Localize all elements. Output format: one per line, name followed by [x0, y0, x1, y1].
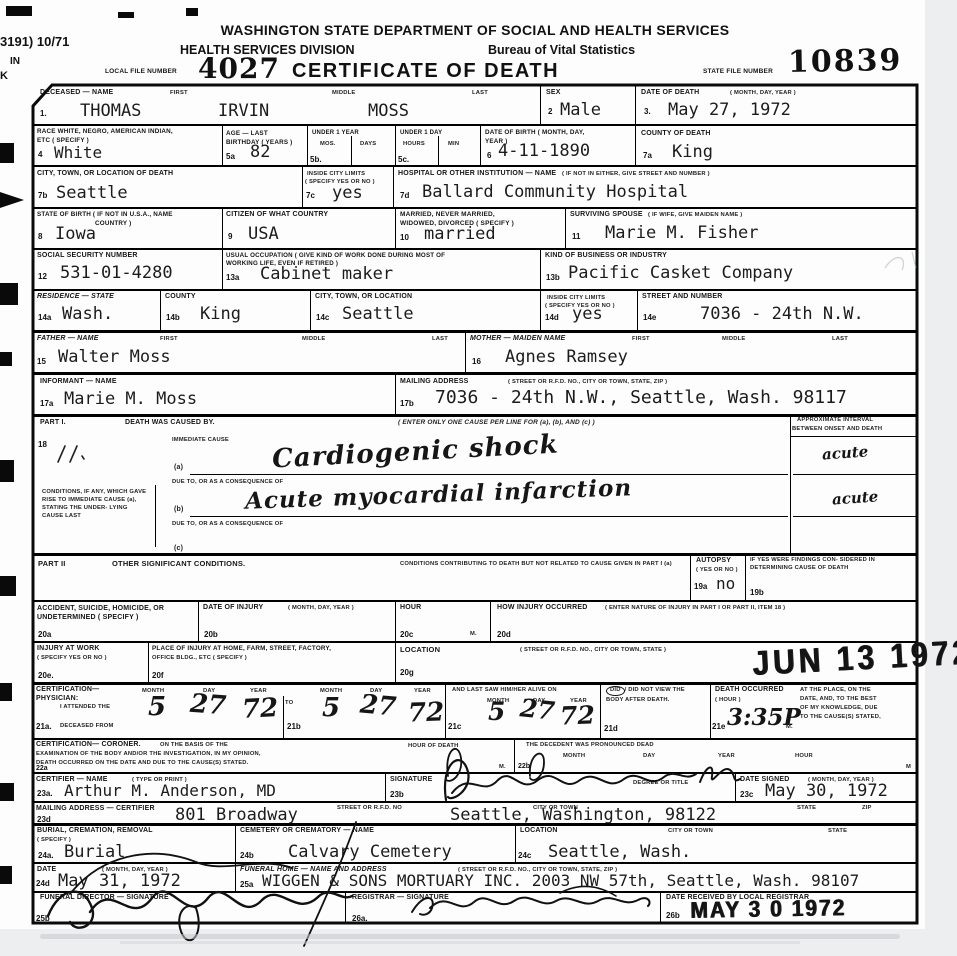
hour-of-death-mark	[446, 749, 461, 781]
age-label: AGE — LAST	[226, 130, 268, 138]
form-number-note: 3191) 10/71	[0, 34, 69, 49]
informant-value: Marie M. Moss	[64, 391, 197, 407]
rule	[790, 414, 791, 553]
state-of-birth-label: STATE OF BIRTH ( IF NOT IN U.S.A., NAME	[37, 211, 173, 219]
part1-enter-note: ( ENTER ONLY ONE CAUSE PER LINE FOR (a),…	[398, 419, 595, 426]
mother-value: Agnes Ramsey	[505, 349, 628, 365]
cause-line-a	[190, 474, 788, 475]
did-not-view-label: / DID NOT VIEW THE	[625, 687, 685, 693]
days-sublabel: DAYS	[360, 141, 376, 148]
pronounced-dead-mark	[530, 754, 544, 780]
last-saw-label: AND LAST SAW HIM/HER ALIVE ON	[452, 687, 557, 694]
accident-label: ACCIDENT, SUICIDE, HOMICIDE, OR UNDETERM…	[37, 604, 192, 622]
state-of-birth-label2: COUNTRY )	[95, 220, 131, 228]
m-label: M.	[786, 724, 793, 731]
registration-tab	[0, 283, 18, 305]
rule	[395, 641, 396, 682]
field-8-number: 8	[38, 232, 42, 241]
father-value: Walter Moss	[58, 349, 171, 365]
date-stamp-may-30-1972: MAY 3 0 1972	[690, 895, 846, 924]
rule	[33, 165, 917, 167]
rule	[395, 207, 396, 248]
line-c-tag: (c)	[174, 545, 183, 552]
due-to-label-2: DUE TO, OR AS A CONSEQUENCE OF	[172, 521, 283, 528]
rule	[395, 372, 396, 414]
certifier-street-value: 801 Broadway	[175, 807, 298, 823]
hospital-paren: ( IF NOT IN EITHER, GIVE STREET AND NUMB…	[562, 171, 710, 178]
burial-label: BURIAL, CREMATION, REMOVAL	[37, 827, 153, 835]
field-7d-number: 7d	[400, 191, 409, 200]
registration-tab	[0, 143, 14, 163]
last-saw-year: 72	[560, 700, 596, 730]
interval-label: APPROXIMATE INTERVAL	[797, 417, 873, 424]
registration-tab	[0, 352, 12, 366]
degree-title-handwriting	[700, 767, 740, 782]
m-label: M.	[499, 764, 506, 771]
scan-artifact	[6, 6, 32, 16]
field-22a-number: 22a	[36, 765, 48, 772]
to-label: TO	[285, 700, 293, 707]
field-13b-number: 13b	[546, 273, 560, 282]
occupation-label: USUAL OCCUPATION ( GIVE KIND OF WORK DON…	[226, 252, 445, 260]
line-a-tag: (a)	[174, 464, 183, 471]
cemetery-label: CEMETERY OR CREMATORY — NAME	[240, 827, 374, 835]
attended-to-day: 27	[359, 689, 398, 722]
field-26a-number: 26a.	[352, 914, 368, 923]
date-of-death-paren: ( MONTH, DAY, YEAR )	[730, 90, 796, 97]
attended-to-year: 72	[407, 697, 444, 728]
rule	[33, 862, 917, 864]
cause-line-b	[190, 516, 788, 517]
rule	[635, 85, 636, 124]
occupation-value: Cabinet maker	[260, 266, 393, 282]
field-14a-number: 14a	[38, 313, 51, 322]
date-signed-value: May 30, 1972	[765, 783, 888, 799]
field-17b-number: 17b	[400, 399, 414, 408]
scan-artifact	[118, 12, 134, 18]
middle-sublabel: MIDDLE	[332, 90, 355, 97]
rule	[540, 289, 541, 330]
months-sublabel: MOS.	[320, 141, 336, 148]
rule	[745, 553, 746, 600]
field-21d-number: 21d	[604, 724, 618, 733]
date-of-death-label: DATE OF DEATH	[641, 89, 699, 97]
part2-title: OTHER SIGNIFICANT CONDITIONS.	[112, 560, 245, 568]
rule	[790, 436, 917, 437]
state-file-number: 10839	[788, 43, 903, 80]
rule	[235, 862, 236, 891]
department-title: WASHINGTON STATE DEPARTMENT OF SOCIAL AN…	[175, 22, 775, 38]
findings-label: IF YES WERE FINDINGS CON- SIDERED IN DET…	[750, 557, 915, 572]
zip-sublabel: ZIP	[862, 805, 872, 812]
field-17a-number: 17a	[40, 399, 53, 408]
field-24b-number: 24b	[240, 851, 254, 860]
field-14e-number: 14e	[643, 313, 656, 322]
field-5b-number: 5b.	[310, 155, 322, 164]
field-24a-number: 24a.	[38, 851, 54, 860]
rule	[33, 330, 917, 333]
m-label: M	[906, 764, 911, 771]
rule	[222, 248, 223, 289]
hospital-label: HOSPITAL OR OTHER INSTITUTION — NAME	[398, 170, 556, 178]
residence-county-value: King	[200, 306, 241, 322]
cemetery-value: Calvary Cemetery	[288, 844, 452, 860]
rule	[635, 124, 636, 165]
field-23d-number: 23d	[37, 815, 51, 824]
field-19a-number: 19a	[694, 582, 707, 591]
rule	[393, 165, 394, 207]
sex-value: Male	[560, 102, 601, 118]
date-of-birth-label: DATE OF BIRTH ( MONTH, DAY,	[485, 129, 585, 137]
industry-value: Pacific Casket Company	[568, 265, 793, 281]
rule	[515, 823, 516, 862]
part2-note: CONDITIONS CONTRIBUTING TO DEATH BUT NOT…	[400, 561, 672, 568]
marital-label: MARRIED, NEVER MARRIED,	[400, 211, 495, 219]
attended-from-month: 5	[148, 692, 166, 722]
hours-sublabel: HOURS	[403, 141, 425, 148]
body-after-death-label: BODY AFTER DEATH.	[606, 697, 670, 704]
location-paren: ( STREET OR R.F.D. NO., CITY OR TOWN, ST…	[520, 647, 666, 654]
interval-b-handwriting: acute	[831, 487, 878, 508]
burial-date-label: DATE	[37, 866, 56, 874]
field-24d-number: 24d	[36, 879, 50, 888]
rule	[33, 289, 917, 291]
under-1-year-label: UNDER 1 YEAR	[312, 129, 359, 137]
rule	[160, 289, 161, 330]
deceased-first-name: THOMAS	[80, 103, 141, 119]
physician-note-3: OF MY KNOWLEDGE, DUE	[800, 705, 878, 712]
burial-location-value: Seattle, Wash.	[548, 844, 691, 860]
field-5c-number: 5c.	[398, 155, 409, 164]
street-value: 7036 - 24th N.W.	[700, 306, 864, 322]
registration-tab	[0, 683, 12, 701]
field-25a-number: 25a	[240, 880, 253, 889]
coroner-note-2: EXAMINATION OF THE BODY AND/OR THE INVES…	[36, 751, 261, 758]
field-20b-number: 20b	[204, 630, 218, 639]
rule	[33, 801, 917, 803]
certificate-title: CERTIFICATE OF DEATH	[292, 60, 559, 83]
city-sublabel: CITY OR TOWN	[668, 828, 713, 835]
field-12-number: 12	[38, 272, 47, 281]
field-18-number: 18	[38, 440, 47, 449]
hour-label: HOUR	[400, 604, 421, 612]
state-sublabel: STATE	[828, 828, 847, 835]
inside-city-limits-value: yes	[332, 185, 363, 201]
rule	[710, 682, 711, 738]
field-20d-number: 20d	[497, 630, 511, 639]
attended-from-year: 72	[241, 693, 279, 725]
field-21c-number: 21c	[448, 722, 461, 731]
rule	[302, 165, 303, 207]
interval-line-b	[793, 516, 917, 517]
field-21a-number: 21a.	[36, 722, 52, 731]
autopsy-label: AUTOPSY	[696, 557, 731, 565]
physician-note-2: DATE, AND, TO THE BEST	[800, 696, 877, 703]
registration-tab	[0, 783, 14, 801]
residence-city-value: Seattle	[342, 306, 414, 322]
field-3-number: 3.	[644, 107, 651, 116]
physician-signature	[445, 760, 469, 800]
scan-smudge	[885, 252, 916, 270]
death-occurred-hour-paren: ( HOUR )	[715, 697, 741, 704]
pronounced-dead-label: THE DECEDENT WAS PRONOUNCED DEAD	[526, 742, 654, 749]
rule	[33, 414, 917, 417]
field-7b-number: 7b	[38, 191, 47, 200]
first-sublabel: FIRST	[632, 336, 650, 343]
citizen-label: CITIZEN OF WHAT COUNTRY	[226, 211, 328, 219]
interval-label2: BETWEEN ONSET AND DEATH	[792, 426, 882, 433]
middle-sublabel: MIDDLE	[302, 336, 325, 343]
rule	[690, 553, 691, 600]
rule	[33, 600, 917, 602]
field-20f-number: 20f	[152, 671, 164, 680]
residence-county-label: COUNTY	[165, 293, 196, 301]
scan-streak	[40, 934, 900, 939]
race-value: White	[54, 145, 102, 161]
cause-b-handwriting: Acute myocardial infarction	[245, 474, 633, 514]
certifier-name-value: Arthur M. Anderson, MD	[64, 783, 276, 799]
rule	[155, 485, 156, 547]
autopsy-value: no	[716, 576, 735, 592]
field-7a-number: 7a	[643, 151, 652, 160]
field-20a-number: 20a	[38, 630, 51, 639]
field-4-number: 4	[38, 150, 42, 159]
field-20g-number: 20g	[400, 668, 414, 677]
rule	[198, 600, 199, 641]
registration-tab	[0, 866, 12, 884]
field-10-number: 10	[400, 233, 409, 242]
last-sublabel: LAST	[832, 336, 848, 343]
burial-date-value: May 31, 1972	[58, 873, 181, 889]
part1-margin-mark	[58, 446, 84, 462]
field-5a-number: 5a	[226, 152, 235, 161]
margin-text-in: IN	[10, 56, 20, 67]
burial-value: Burial	[64, 844, 125, 860]
scan-streak	[120, 941, 800, 944]
scan-artifact	[186, 8, 198, 16]
attended-label: I ATTENDED THE	[60, 704, 110, 711]
year-sublabel: YEAR	[718, 753, 735, 760]
part1-label: PART I.	[40, 419, 66, 427]
street-sublabel: STREET OR R.F.D. NO	[337, 805, 402, 812]
field-21e-number: 21e	[712, 722, 725, 731]
deceased-last-name: MOSS	[368, 103, 409, 119]
part2-label: PART II	[38, 560, 66, 568]
first-sublabel: FIRST	[170, 90, 188, 97]
mailing-address-paren: ( STREET OR R.F.D. NO., CITY OR TOWN, ST…	[508, 379, 667, 386]
field-23a-number: 23a.	[37, 789, 53, 798]
rule	[351, 136, 352, 165]
attended-from-day: 27	[189, 689, 227, 721]
field-13a-number: 13a	[226, 273, 239, 282]
field-21b-number: 21b	[287, 722, 301, 731]
state-file-number-label: STATE FILE NUMBER	[703, 68, 773, 76]
place-of-injury-paren: OFFICE BLDG., ETC ( SPECIFY )	[152, 655, 247, 662]
rule	[490, 600, 491, 641]
physician-note-4: TO THE CAUSE(S) STATED,	[800, 714, 881, 721]
rule	[33, 248, 917, 250]
rule	[395, 600, 396, 641]
mother-label: MOTHER — MAIDEN NAME	[470, 335, 565, 343]
day-sublabel: DAY	[643, 753, 655, 760]
local-file-number-label: LOCAL FILE NUMBER	[105, 68, 177, 76]
physician-note-1: AT THE PLACE, ON THE	[800, 687, 871, 694]
field-25b-number: 25b	[36, 914, 50, 923]
ssn-value: 531-01-4280	[60, 265, 173, 281]
death-certificate-scan: 3191) 10/71 IN K WASHINGTON STATE DEPART…	[0, 0, 957, 956]
field-23b-number: 23b	[390, 790, 404, 799]
last-saw-day: 27	[519, 693, 557, 725]
rule	[735, 772, 736, 801]
conditions-note: CONDITIONS, IF ANY, WHICH GAVE RISE TO I…	[42, 488, 147, 520]
immediate-cause-label: IMMEDIATE CAUSE	[172, 437, 229, 444]
physician-label: PHYSICIAN:	[36, 695, 78, 703]
county-of-death-value: King	[672, 144, 713, 160]
rule	[235, 823, 236, 862]
certification-physician-label: CERTIFICATION—	[36, 686, 99, 694]
date-of-birth-value: 4-11-1890	[498, 143, 590, 159]
rule	[395, 124, 396, 165]
rule	[540, 248, 541, 289]
margin-text-k: K	[0, 70, 8, 82]
location-label: LOCATION	[520, 827, 558, 835]
registrar-signature-label: REGISTRAR — SIGNATURE	[352, 894, 449, 902]
rule	[514, 738, 515, 772]
residence-limits-label: INSIDE CITY LIMITS	[547, 295, 605, 302]
funeral-home-value: WIGGEN & SONS MORTUARY INC. 2003 NW 57th…	[262, 873, 859, 889]
how-injury-label: HOW INJURY OCCURRED	[497, 604, 588, 612]
county-of-death-label: COUNTY OF DEATH	[641, 130, 711, 138]
rule	[33, 372, 917, 375]
field-2-number: 2	[548, 107, 552, 116]
first-sublabel: FIRST	[160, 336, 178, 343]
field-7c-number: 7c	[306, 191, 315, 200]
field-14d-number: 14d	[545, 313, 559, 322]
due-to-label-1: DUE TO, OR AS A CONSEQUENCE OF	[172, 479, 283, 486]
under-1-day-label: UNDER 1 DAY	[400, 129, 442, 137]
industry-label: KIND OF BUSINESS OR INDUSTRY	[545, 252, 667, 260]
registrar-signature	[430, 898, 650, 908]
date-of-injury-label: DATE OF INJURY	[203, 604, 263, 612]
coroner-note-1: ON THE BASIS OF THE	[160, 742, 228, 749]
residence-state-label: RESIDENCE — STATE	[37, 293, 114, 301]
hospital-value: Ballard Community Hospital	[422, 184, 688, 200]
rule	[345, 891, 346, 923]
registration-arrow	[0, 188, 30, 218]
date-of-injury-paren: ( MONTH, DAY, YEAR )	[288, 605, 354, 612]
state-sublabel: STATE	[797, 805, 816, 812]
hour-of-death-label: HOUR OF DEATH	[408, 743, 458, 750]
field-22b-number: 22b	[518, 763, 530, 770]
rule	[33, 738, 917, 740]
rule	[660, 891, 661, 923]
field-6-number: 6	[487, 151, 491, 160]
rule	[33, 207, 917, 209]
rule	[565, 207, 566, 248]
last-sublabel: LAST	[472, 90, 488, 97]
rule	[385, 772, 386, 801]
rule	[33, 772, 917, 774]
informant-label: INFORMANT — NAME	[40, 378, 117, 386]
interval-a-handwriting: acute	[821, 442, 868, 463]
middle-sublabel: MIDDLE	[722, 336, 745, 343]
degree-or-title-label: DEGREE OR TITLE	[633, 780, 689, 787]
field-19b-number: 19b	[750, 588, 764, 597]
rule	[307, 124, 308, 165]
local-file-number: 4027	[198, 52, 280, 85]
rule	[438, 136, 439, 165]
field-14b-number: 14b	[166, 313, 180, 322]
date-of-death-value: May 27, 1972	[668, 102, 791, 118]
did-circled: DID	[606, 686, 625, 696]
field-16-number: 16	[472, 357, 481, 366]
location-label: LOCATION	[400, 646, 440, 654]
year-sublabel: YEAR	[414, 688, 431, 695]
surviving-spouse-paren: ( IF WIFE, GIVE MAIDEN NAME )	[648, 212, 742, 219]
coroner-note-3: DEATH OCCURRED ON THE DATE AND DUE TO TH…	[36, 760, 248, 767]
registration-tab	[0, 576, 16, 596]
rule	[600, 682, 601, 738]
deceased-name-label: DECEASED — NAME	[40, 89, 113, 97]
rule	[33, 891, 917, 893]
rule	[33, 553, 917, 556]
rule	[637, 289, 638, 330]
rule	[283, 696, 284, 738]
last-sublabel: LAST	[432, 336, 448, 343]
father-label: FATHER — NAME	[37, 335, 99, 343]
rule	[222, 124, 223, 165]
autopsy-paren: ( YES OR NO )	[696, 567, 738, 574]
death-occurred-label: DEATH OCCURRED	[715, 686, 784, 694]
field-24c-number: 24c	[518, 851, 531, 860]
city-of-death-label: CITY, TOWN, OR LOCATION OF DEATH	[37, 170, 173, 178]
rule	[465, 330, 466, 372]
citizen-value: USA	[248, 226, 279, 242]
hour-m-label: M.	[470, 631, 477, 638]
rule	[222, 207, 223, 248]
field-26b-number: 26b	[666, 911, 680, 920]
injury-at-work-paren: ( SPECIFY YES OR NO )	[37, 655, 107, 662]
rule	[480, 124, 481, 165]
inside-city-limits-label: INSIDE CITY LIMITS	[307, 171, 365, 178]
deceased-middle-name: IRVIN	[218, 103, 269, 119]
rule	[310, 289, 311, 330]
bureau-title: Bureau of Vital Statistics	[488, 43, 635, 57]
residence-limits-value: yes	[572, 306, 603, 322]
place-of-injury-label: PLACE OF INJURY AT HOME, FARM, STREET, F…	[152, 645, 331, 653]
rule	[540, 85, 541, 124]
scan-background-right	[925, 0, 957, 956]
rule	[33, 124, 917, 126]
ssn-label: SOCIAL SECURITY NUMBER	[37, 252, 138, 260]
surviving-spouse-value: Marie M. Fisher	[605, 225, 759, 241]
field-20c-number: 20c	[400, 630, 413, 639]
race-label: RACE WHITE, NEGRO, AMERICAN INDIAN,	[37, 128, 173, 136]
age-value: 82	[250, 144, 270, 160]
deceased-from-label: DECEASED FROM	[60, 723, 114, 730]
field-1-number: 1.	[40, 109, 47, 118]
sex-label: SEX	[546, 89, 561, 97]
field-11-number: 11	[572, 232, 580, 241]
street-label: STREET AND NUMBER	[642, 293, 723, 301]
cause-a-handwriting: Cardiogenic shock	[271, 430, 559, 475]
min-sublabel: MIN	[448, 141, 459, 148]
rule	[445, 682, 446, 738]
mailing-address-label: MAILING ADDRESS	[400, 378, 468, 386]
field-14c-number: 14c	[316, 313, 329, 322]
month-sublabel: MONTH	[563, 753, 585, 760]
certifier-city-value: Seattle, Washington, 98122	[450, 807, 716, 823]
